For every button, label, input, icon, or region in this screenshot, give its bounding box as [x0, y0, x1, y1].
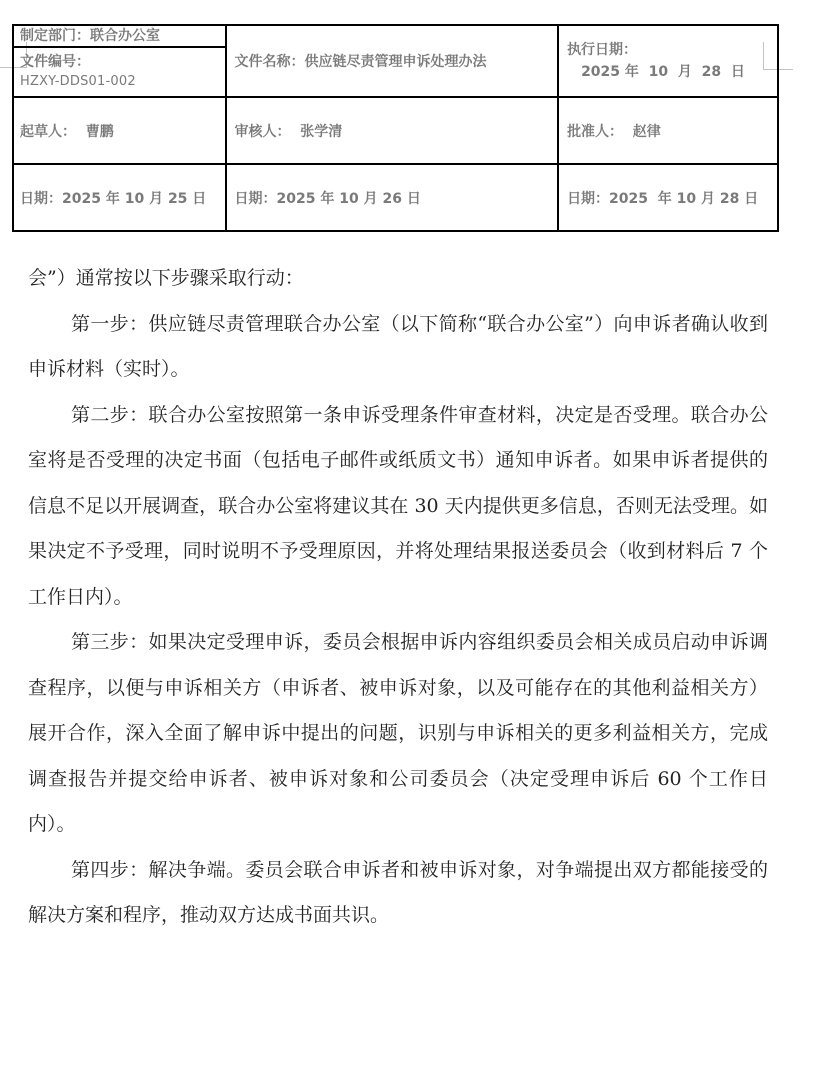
approver-date-cell: 日期：2025 年 10 月 28 日: [558, 164, 778, 231]
paragraph-step-2: 第二步：联合办公室按照第一条申诉受理条件审查材料，决定是否受理。联合办公室将是否…: [28, 393, 768, 621]
reviewer-date-cell: 日期：2025 年 10 月 26 日: [226, 164, 559, 231]
paragraph-step-4: 第四步：解决争端。委员会联合申诉者和被申诉对象，对争端提出双方都能接受的解决方案…: [28, 848, 768, 939]
department-label: 制定部门：联合办公室: [20, 28, 160, 44]
drafter-date-cell: 日期：2025 年 10 月 25 日: [13, 164, 226, 231]
approver: 批准人： 赵律: [567, 124, 661, 140]
paragraph-step-3: 第三步：如果决定受理申诉，委员会根据申诉内容组织委员会相关成员启动申诉调查程序，…: [28, 620, 768, 848]
paragraph-continuation: 会”）通常按以下步骤采取行动：: [28, 256, 768, 302]
execution-date-cell: 执行日期： 2025 年 10 月 28 日: [558, 25, 778, 97]
document-number-label: 文件编号：: [20, 52, 219, 72]
paragraph-step-1: 第一步：供应链尽责管理联合办公室（以下简称“联合办公室”）向申诉者确认收到申诉材…: [28, 302, 768, 393]
document-name: 文件名称：供应链尽责管理申诉处理办法: [235, 54, 487, 70]
execution-date-label: 执行日期：: [567, 39, 771, 61]
document-name-cell: 文件名称：供应链尽责管理申诉处理办法: [226, 25, 559, 97]
approver-cell: 批准人： 赵律: [558, 97, 778, 164]
approver-date: 日期：2025 年 10 月 28 日: [567, 191, 758, 207]
drafter-date: 日期：2025 年 10 月 25 日: [20, 191, 206, 207]
reviewer: 审核人： 张学清: [235, 124, 343, 140]
reviewer-cell: 审核人： 张学清: [226, 97, 559, 164]
document-number-value: HZXY-DDS01-002: [20, 72, 219, 92]
execution-date-value: 2025 年 10 月 28 日: [567, 61, 771, 83]
reviewer-date: 日期：2025 年 10 月 26 日: [235, 191, 421, 207]
drafter-cell: 起草人： 曹鹏: [13, 97, 226, 164]
drafter: 起草人： 曹鹏: [20, 124, 114, 140]
document-body: 会”）通常按以下步骤采取行动： 第一步：供应链尽责管理联合办公室（以下简称“联合…: [28, 256, 768, 939]
department-cell: 制定部门：联合办公室: [13, 25, 226, 47]
document-number-cell: 文件编号： HZXY-DDS01-002: [13, 47, 226, 97]
document-header-table: 制定部门：联合办公室 文件名称：供应链尽责管理申诉处理办法 执行日期： 2025…: [12, 24, 779, 232]
